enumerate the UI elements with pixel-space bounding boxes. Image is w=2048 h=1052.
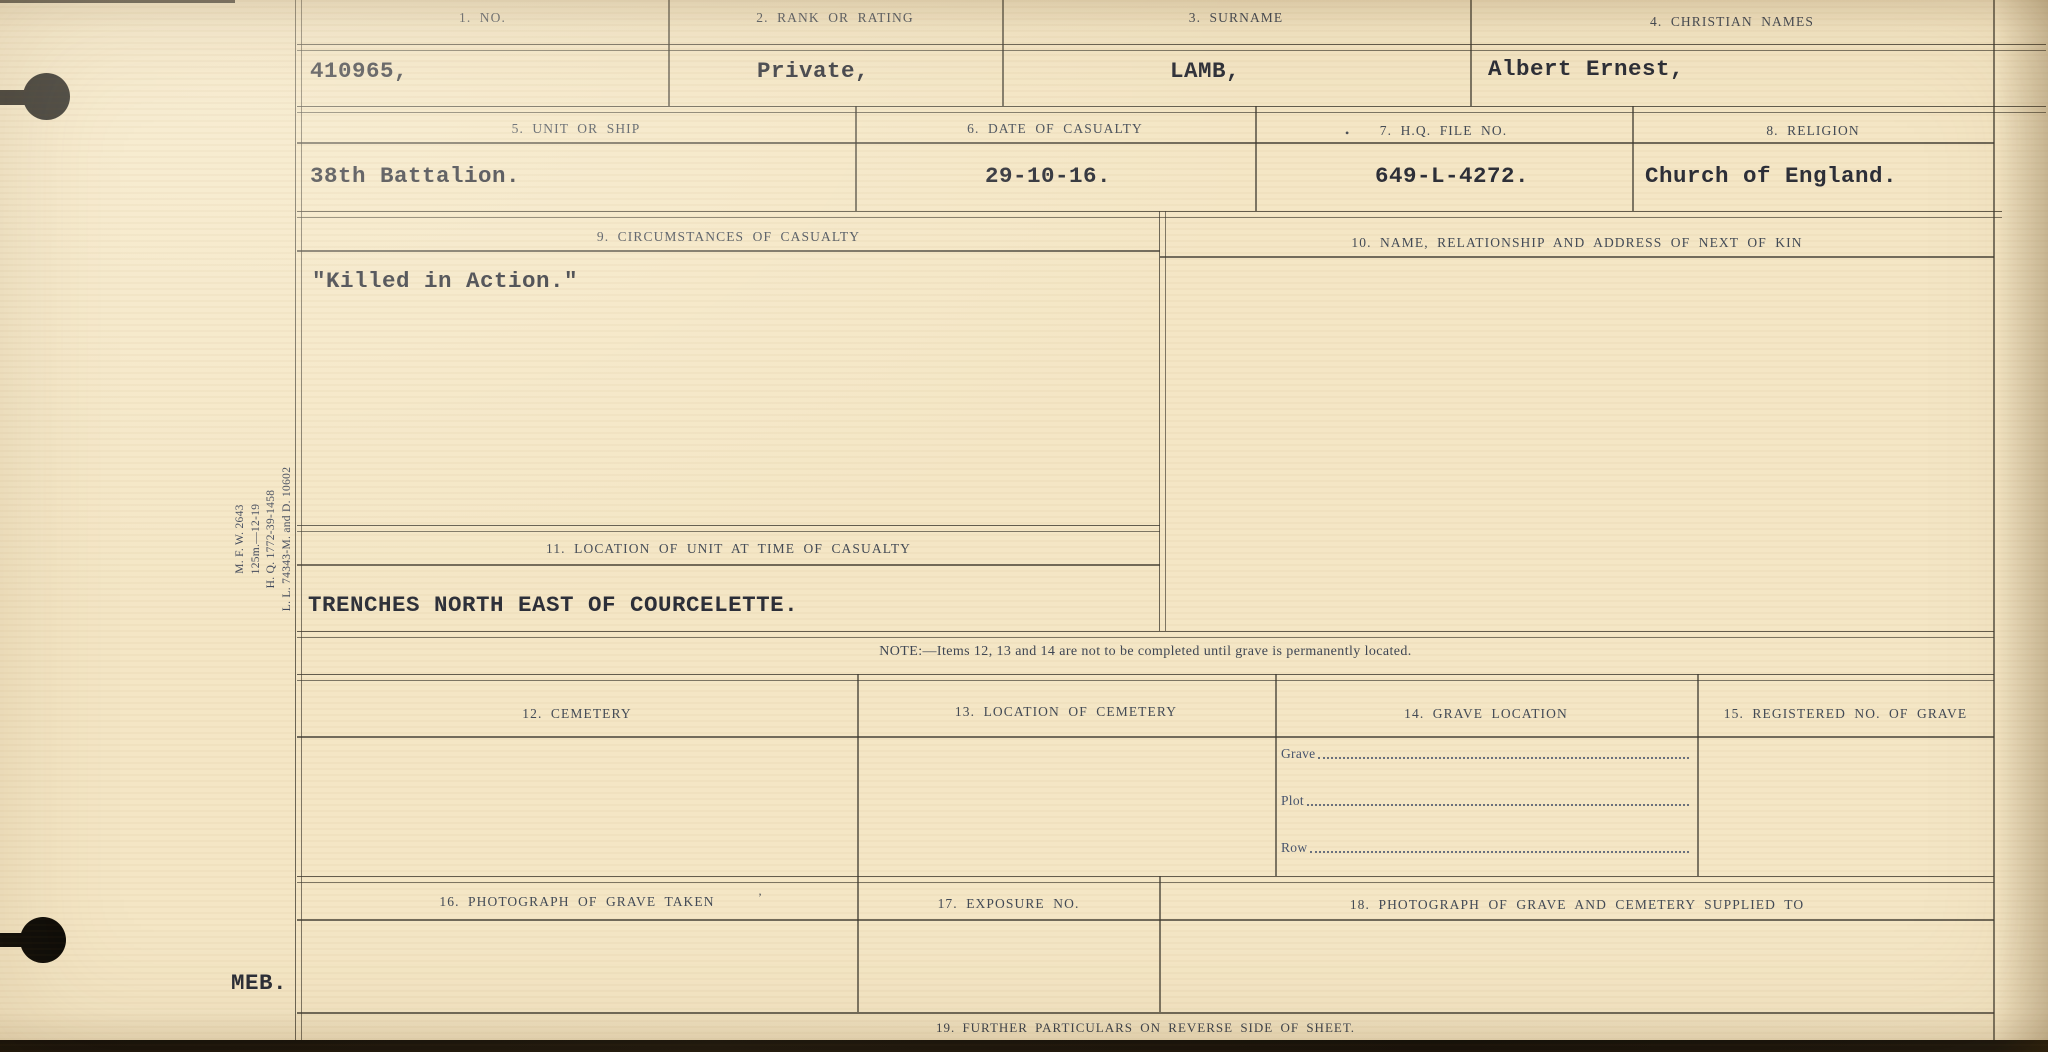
grid-line [297, 919, 1994, 921]
grid-line [1160, 256, 1994, 258]
field-label-cemetery-location: 13. LOCATION OF CEMETERY [857, 704, 1275, 720]
grid-line [1002, 0, 1004, 106]
grid-line [855, 106, 857, 211]
ink-tick-artifact: ’ [758, 890, 762, 905]
field-value-hqfile: 649-L-4272. [1375, 163, 1529, 189]
field-label-exposure: 17. EXPOSURE NO. [857, 896, 1160, 912]
grid-line [1275, 674, 1277, 876]
grave-entry-row: Grave [1281, 744, 1691, 762]
row-label: Row [1281, 840, 1307, 856]
field-label-religion: 8. RELIGION [1632, 123, 1994, 139]
field-value-no: 410965, [310, 58, 408, 84]
dotted-leader [1318, 757, 1689, 759]
plot-label: Plot [1281, 793, 1304, 809]
field-label-unit: 5. UNIT OR SHIP [297, 121, 855, 137]
note-text: NOTE:—Items 12, 13 and 14 are not to be … [297, 644, 1994, 660]
field-label-christian: 4. CHRISTIAN NAMES [1470, 14, 1994, 30]
grid-line [1159, 876, 1161, 1012]
clerk-annotation: MEB. [231, 970, 287, 996]
field-value-surname: LAMB, [1170, 58, 1240, 84]
grid-line [668, 0, 670, 106]
grid-line [1993, 0, 1995, 1040]
casualty-record-card: M. F. W. 2643 125m.—12-19 H. Q. 1772-39-… [0, 0, 2048, 1052]
dotted-leader [1310, 851, 1689, 853]
grid-line [297, 674, 1994, 681]
grid-line [297, 142, 1994, 144]
grid-line [297, 1012, 1994, 1014]
field-label-no: 1. NO. [297, 10, 668, 26]
grid-line [1470, 0, 1472, 106]
plot-entry-row: Plot [1281, 791, 1691, 809]
row-entry-row: Row [1281, 838, 1691, 856]
field-label-photo-supplied: 18. PHOTOGRAPH OF GRAVE AND CEMETERY SUP… [1160, 897, 1994, 913]
grid-line [297, 44, 2046, 51]
field-label-hqfile: 7. H.Q. FILE NO. [1255, 123, 1632, 139]
grid-line [297, 250, 1160, 252]
stamp-line: L. L. 74343-M. and D. 10602 [280, 434, 296, 644]
field-value-circumstances: "Killed in Action." [312, 268, 578, 294]
field-value-religion: Church of England. [1645, 163, 1897, 189]
grid-line [297, 736, 1994, 738]
field-label-surname: 3. SURNAME [1002, 10, 1470, 26]
field-label-rank: 2. RANK OR RATING [668, 10, 1002, 26]
field-value-date: 29-10-16. [985, 163, 1111, 189]
grid-line [297, 106, 2046, 113]
grid-line [857, 876, 859, 1012]
grid-line [1632, 106, 1634, 211]
stamp-line: H. Q. 1772-39-1458 [264, 434, 280, 644]
scan-bottom-edge [0, 1040, 2048, 1052]
grid-line [1159, 211, 1166, 631]
grid-line [297, 631, 1994, 638]
field-label-nextofkin: 10. NAME, RELATIONSHIP AND ADDRESS OF NE… [1160, 235, 1994, 251]
field-value-christian: Albert Ernest, [1488, 56, 1684, 82]
grid-line [297, 525, 1160, 532]
field-label-photo-taken: 16. PHOTOGRAPH OF GRAVE TAKEN [297, 894, 857, 910]
grid-line [295, 0, 302, 1040]
field-value-rank: Private, [757, 58, 869, 84]
grid-line [297, 211, 2002, 218]
stamp-line: 125m.—12-19 [249, 434, 265, 644]
ink-dot-artifact: • [1345, 126, 1349, 141]
field-label-cemetery: 12. CEMETERY [297, 706, 857, 722]
dotted-leader [1307, 804, 1689, 806]
field-value-location: TRENCHES NORTH EAST OF COURCELETTE. [308, 592, 798, 618]
field-label-grave-location: 14. GRAVE LOCATION [1275, 706, 1697, 722]
grid-line [857, 674, 859, 876]
printers-stamp-rotated: M. F. W. 2643 125m.—12-19 H. Q. 1772-39-… [233, 434, 297, 644]
field-value-unit: 38th Battalion. [310, 163, 520, 189]
footer-note: 19. FURTHER PARTICULARS ON REVERSE SIDE … [297, 1020, 1994, 1036]
stamp-line: M. F. W. 2643 [233, 434, 249, 644]
grid-line [1697, 674, 1699, 876]
hole-punch-top [23, 73, 70, 120]
grave-label: Grave [1281, 746, 1315, 762]
hole-punch-bottom [20, 917, 66, 963]
scan-top-edge [0, 0, 235, 3]
field-label-registered-no: 15. REGISTERED NO. OF GRAVE [1697, 706, 1994, 722]
grid-line [297, 564, 1160, 566]
grid-line [1255, 106, 1257, 211]
field-label-location: 11. LOCATION OF UNIT AT TIME OF CASUALTY [297, 541, 1160, 557]
grid-line [297, 876, 1994, 883]
field-label-date: 6. DATE OF CASUALTY [855, 121, 1255, 137]
field-label-circumstances: 9. CIRCUMSTANCES OF CASUALTY [297, 229, 1160, 245]
